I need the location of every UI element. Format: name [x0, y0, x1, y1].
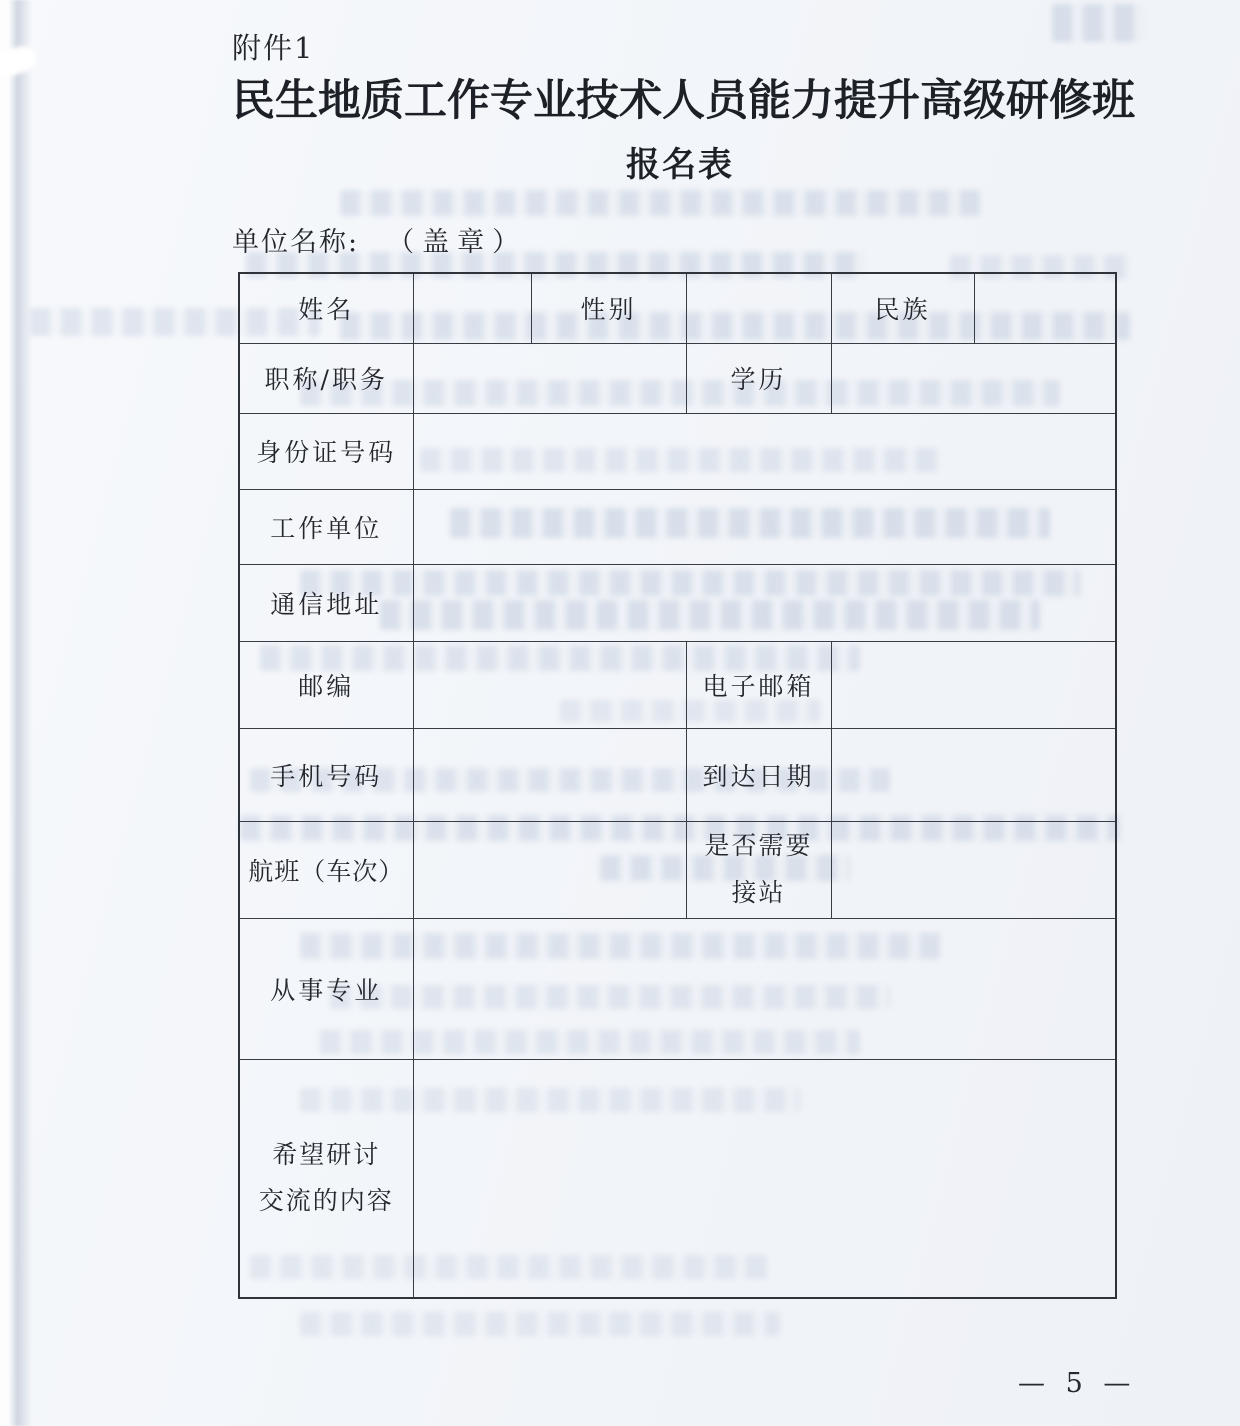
profession-label: 从事专业: [239, 918, 413, 1059]
ethnicity-value-cell: [974, 273, 1116, 343]
education-label: 学历: [686, 343, 831, 413]
flight-value-cell: [413, 821, 686, 918]
name-label: 姓名: [239, 273, 413, 343]
seal-label: （盖章）: [387, 227, 527, 258]
topics-value-cell: [413, 1059, 1116, 1298]
pickup-label: 是否需要 接站: [686, 821, 831, 918]
pickup-label-line2: 接站: [687, 870, 831, 916]
unit-name-label: 单位名称:: [232, 227, 359, 258]
title-position-label: 职称/职务: [239, 343, 413, 413]
work-unit-label: 工作单位: [239, 489, 413, 564]
flight-label: 航班（车次）: [239, 821, 413, 918]
form-title-line1: 民生地质工作专业技术人员能力提升高级研修班: [232, 76, 1128, 128]
scanned-form-page: 附件1 民生地质工作专业技术人员能力提升高级研修班 报名表 单位名称:（盖章） …: [0, 0, 1240, 1426]
table-row: 希望研讨 交流的内容: [239, 1059, 1116, 1298]
mobile-value-cell: [413, 728, 686, 821]
title-position-value-cell: [413, 343, 686, 413]
topics-label-line1: 希望研讨: [240, 1132, 413, 1178]
mobile-label: 手机号码: [239, 728, 413, 821]
email-label: 电子邮箱: [686, 641, 831, 728]
work-unit-value-cell: [413, 489, 1116, 564]
postal-code-value-cell: [413, 641, 686, 728]
table-row: 邮编 电子邮箱: [239, 641, 1116, 728]
table-row: 从事专业: [239, 918, 1116, 1059]
profession-value-cell: [413, 918, 1116, 1059]
id-number-value-cell: [413, 413, 1116, 489]
topics-label-line2: 交流的内容: [240, 1178, 413, 1224]
id-number-label: 身份证号码: [239, 413, 413, 489]
unit-name-line: 单位名称:（盖章）: [232, 220, 527, 259]
postal-code-label: 邮编: [239, 641, 413, 728]
arrival-date-label: 到达日期: [686, 728, 831, 821]
table-row: 通信地址: [239, 564, 1116, 641]
attachment-label: 附件1: [232, 26, 314, 67]
arrival-date-value-cell: [831, 728, 1116, 821]
email-value-cell: [831, 641, 1116, 728]
pickup-label-line1: 是否需要: [687, 823, 831, 869]
gender-value-cell: [686, 273, 831, 343]
pickup-value-cell: [831, 821, 1116, 918]
table-row: 工作单位: [239, 489, 1116, 564]
name-value-cell: [413, 273, 531, 343]
mailing-address-value-cell: [413, 564, 1116, 641]
registration-form-table: 姓名 性别 民族 职称/职务 学历 身份证号码 工作单位: [238, 272, 1117, 1299]
gender-label: 性别: [531, 273, 686, 343]
table-row: 身份证号码: [239, 413, 1116, 489]
table-row: 姓名 性别 民族: [239, 273, 1116, 343]
form-title: 民生地质工作专业技术人员能力提升高级研修班 报名表: [232, 76, 1128, 185]
form-title-line2: 报名表: [232, 145, 1128, 186]
topics-label: 希望研讨 交流的内容: [239, 1059, 413, 1298]
education-value-cell: [831, 343, 1116, 413]
mailing-address-label: 通信地址: [239, 564, 413, 641]
ethnicity-label: 民族: [831, 273, 974, 343]
page-number: — 5 —: [1018, 1368, 1136, 1399]
table-row: 手机号码 到达日期: [239, 728, 1116, 821]
table-row: 航班（车次） 是否需要 接站: [239, 821, 1116, 918]
table-row: 职称/职务 学历: [239, 343, 1116, 413]
